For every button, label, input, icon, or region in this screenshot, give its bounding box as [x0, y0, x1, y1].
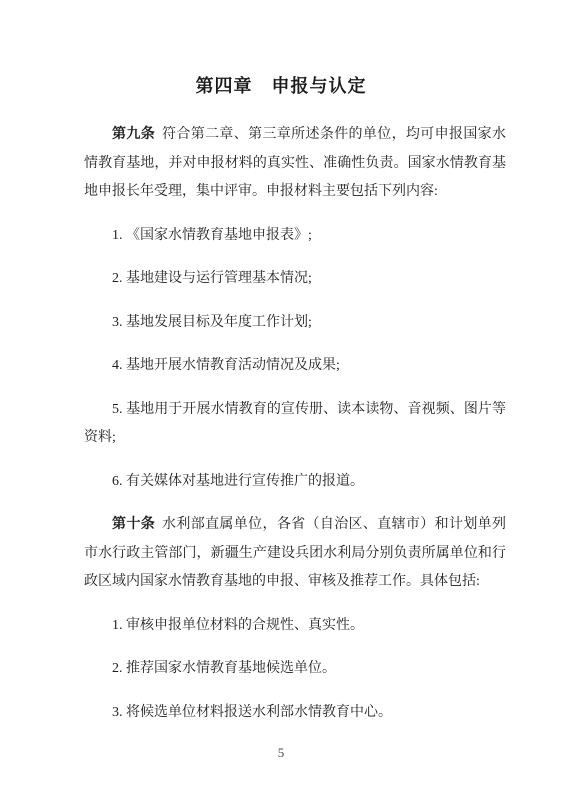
- document-body: 第九条符合第二章、第三章所述条件的单位，均可申报国家水情教育基地，并对申报材料的…: [84, 121, 506, 727]
- list-item: 2. 推荐国家水情教育基地候选单位。: [84, 655, 506, 684]
- article-paragraph: 第九条符合第二章、第三章所述条件的单位，均可申报国家水情教育基地，并对申报材料的…: [84, 121, 506, 207]
- article-number: 第九条: [112, 127, 155, 142]
- chapter-title: 第四章 申报与认定: [0, 0, 562, 98]
- article-number: 第十条: [112, 517, 155, 532]
- list-item: 3. 将候选单位材料报送水利部水情教育中心。: [84, 699, 506, 728]
- article-paragraph: 第十条水利部直属单位，各省（自治区、直辖市）和计划单列市水行政主管部门，新疆生产…: [84, 511, 506, 597]
- list-item: 4. 基地开展水情教育活动情况及成果;: [84, 352, 506, 381]
- list-item: 1. 审核申报单位材料的合规性、真实性。: [84, 612, 506, 641]
- page-number: 5: [0, 745, 562, 761]
- list-item: 2. 基地建设与运行管理基本情况;: [84, 265, 506, 294]
- document-page: 第四章 申报与认定 第九条符合第二章、第三章所述条件的单位，均可申报国家水情教育…: [0, 0, 562, 800]
- list-item: 3. 基地发展目标及年度工作计划;: [84, 309, 506, 338]
- list-item: 1. 《国家水情教育基地申报表》;: [84, 222, 506, 251]
- list-item: 6. 有关媒体对基地进行宣传推广的报道。: [84, 468, 506, 497]
- list-item: 5. 基地用于开展水情教育的宣传册、读本读物、音视频、图片等资料;: [84, 396, 506, 453]
